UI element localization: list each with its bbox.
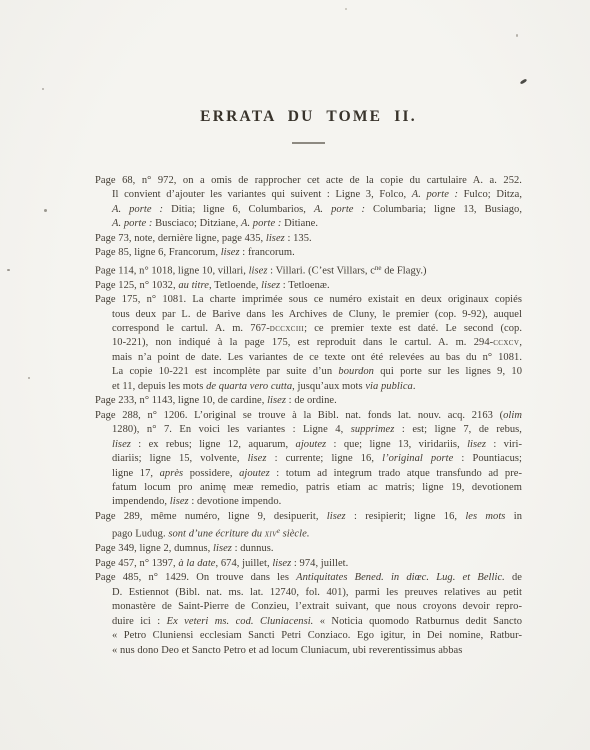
text-segment: . (413, 381, 416, 392)
printed-line: pago Ludug. sont d’une écriture du xive … (112, 524, 522, 542)
errata-entry: Page 457, n° 1397, à la date, 674, juill… (95, 557, 522, 571)
text-segment: Page 233, n° 1143, ligne 10, de cardine, (95, 395, 267, 406)
printed-line: monastère de Saint-Pierre de Conzieu, l’… (112, 600, 522, 614)
printed-line: fatum locum pro animę meæ remedio, patri… (112, 481, 522, 495)
text-segment: au titre (178, 280, 209, 291)
text-segment: ligne 17, (112, 468, 160, 479)
errata-entry: Page 289, même numéro, ligne 9, desipuer… (95, 510, 522, 542)
ink-speck (345, 8, 347, 10)
printed-line: D. Estiennot (Bibl. nat. ms. lat. 12740,… (112, 586, 522, 600)
text-segment: lisez (266, 233, 285, 244)
errata-entry: Page 175, n° 1081. La charte imprimée so… (95, 293, 522, 394)
text-segment: lisez (221, 247, 240, 258)
printed-line: correspond le cartul. A. m. 767-dccxciii… (112, 322, 522, 336)
printed-line: duire ici : Ex veteri ms. cod. Cluniacen… (112, 615, 522, 629)
printed-line: diariis; ligne 15, volvente, lisez : cur… (112, 452, 522, 466)
printed-line: et 11, depuis les mots de quarta vero cu… (112, 380, 522, 394)
text-segment: , (519, 337, 522, 348)
text-segment: A. porte : (412, 189, 458, 200)
printed-line: Page 485, n° 1429. On trouve dans les An… (95, 571, 522, 585)
text-segment: : Pountiacus; (453, 453, 522, 464)
text-segment: ne (375, 264, 382, 272)
text-segment: lisez (272, 558, 291, 569)
text-segment: lisez (112, 439, 131, 450)
text-segment: , 674, juillet, (216, 558, 273, 569)
text-segment: : est; ligne 7, de rebus, (394, 424, 522, 435)
errata-entries: Page 68, n° 972, on a omis de rapprocher… (95, 174, 522, 658)
text-segment: ajoutez (296, 439, 327, 450)
printed-line: La copie 10-221 est incomplète par suite… (112, 365, 522, 379)
text-segment: duire ici : (112, 616, 167, 627)
ink-speck (516, 34, 518, 37)
text-segment: ccxcv (493, 337, 519, 348)
text-segment: , Tetloende, (209, 280, 261, 291)
text-segment: : totum ad integrum trado atque transfun… (270, 468, 522, 479)
text-segment: Il convient d’ajouter les variantes qui … (112, 189, 412, 200)
text-segment: mais n’a point de date. Les variantes de… (112, 352, 522, 363)
text-segment: via publica (365, 381, 413, 392)
text-segment: : devotione impendo. (189, 496, 282, 507)
text-segment: lisez (248, 453, 267, 464)
printed-line: mais n’a point de date. Les variantes de… (112, 351, 522, 365)
printed-line: A. porte : Ditia; ligne 6, Columbarios, … (112, 203, 522, 217)
text-segment: Columbaria; ligne 13, Busiago, (365, 204, 522, 215)
text-segment: « Petro Cluniensi ecclesiam Sancti Petri… (112, 630, 522, 641)
printed-line: ligne 17, après possidere, ajoutez : tot… (112, 467, 522, 481)
text-segment: lisez (467, 439, 486, 450)
text-segment: : Villari. (C’est Villars, c (268, 265, 375, 276)
printed-line: Page 289, même numéro, ligne 9, desipuer… (95, 510, 522, 524)
text-segment: de quarta vero cutta (206, 381, 292, 392)
text-segment: Page 457, n° 1397, (95, 558, 178, 569)
text-segment: in (505, 511, 522, 522)
printed-line: Page 457, n° 1397, à la date, 674, juill… (95, 557, 522, 571)
errata-entry: Page 68, n° 972, on a omis de rapprocher… (95, 174, 522, 232)
page-title: ERRATA DU TOME II. (95, 108, 522, 126)
text-segment: La copie 10-221 est incomplète par suite… (112, 366, 338, 377)
text-segment: et 11, depuis les mots (112, 381, 206, 392)
title-divider-rule (292, 142, 325, 144)
text-segment: ajoutez (239, 468, 270, 479)
text-segment: Page 485, n° 1429. On trouve dans les (95, 572, 296, 583)
text-segment: diariis; ligne 15, volvente, (112, 453, 248, 464)
printed-line: « Petro Cluniensi ecclesiam Sancti Petri… (112, 629, 522, 643)
text-segment: tous deux par L. de Barive dans les Arch… (112, 309, 522, 320)
printed-line: Page 125, n° 1032, au titre, Tetloende, … (95, 279, 522, 293)
printed-line: Page 349, ligne 2, dumnus, lisez : dunnu… (95, 542, 522, 556)
text-segment: Ditiane. (281, 218, 318, 229)
ink-speck (44, 209, 47, 212)
ink-speck (520, 78, 528, 84)
text-segment: 10-221), non indiqué à la page 175, est … (112, 337, 493, 348)
text-segment: l’original porte (382, 453, 453, 464)
text-segment: Busciaco; Ditziane, (152, 218, 241, 229)
text-segment: dccxciii (270, 323, 304, 334)
errata-entry: Page 73, note, dernière ligne, page 435,… (95, 232, 522, 246)
text-segment: lisez (261, 280, 280, 291)
text-segment: Antiquitates Bened. in diœc. Lug. et Bel… (296, 572, 505, 583)
printed-line: impendendo, lisez : devotione impendo. (112, 495, 522, 509)
printed-line: tous deux par L. de Barive dans les Arch… (112, 308, 522, 322)
printed-line: 1280), n° 7. En voici les variantes : Li… (112, 423, 522, 437)
printed-line: Page 68, n° 972, on a omis de rapprocher… (95, 174, 522, 188)
text-segment: « nus dono Deo et Sancto Petro et ad loc… (112, 645, 462, 656)
text-segment: : 974, juillet. (291, 558, 348, 569)
text-segment: olim (503, 410, 522, 421)
printed-line: Page 288, n° 1206. L’original se trouve … (95, 409, 522, 423)
text-segment: Page 85, ligne 6, Francorum, (95, 247, 221, 258)
text-segment: A. porte : (112, 204, 163, 215)
text-segment: qui porte sur les lignes 9, 10 (374, 366, 522, 377)
errata-entry: Page 114, n° 1018, ligne 10, villari, li… (95, 261, 522, 279)
text-segment: lisez (249, 265, 268, 276)
text-segment: : que; ligne 13, viridariis, (326, 439, 467, 450)
printed-line: « nus dono Deo et Sancto Petro et ad loc… (112, 644, 522, 658)
text-segment: : de ordine. (286, 395, 337, 406)
text-segment: Page 289, même numéro, ligne 9, desipuer… (95, 511, 327, 522)
text-segment: après (160, 468, 184, 479)
printed-line: Page 175, n° 1081. La charte imprimée so… (95, 293, 522, 307)
text-segment: Page 73, note, dernière ligne, page 435, (95, 233, 266, 244)
text-segment: , jusqu’aux mots (292, 381, 365, 392)
text-segment: Page 288, n° 1206. L’original se trouve … (95, 410, 503, 421)
text-segment: bourdon (338, 366, 374, 377)
text-segment: de (505, 572, 522, 583)
text-segment: Page 125, n° 1032, (95, 280, 178, 291)
ink-speck (28, 377, 30, 379)
text-segment: D. Estiennot (Bibl. nat. ms. lat. 12740,… (112, 587, 522, 598)
text-segment: les mots (465, 511, 505, 522)
text-segment: : Tetloenæ. (280, 280, 330, 291)
text-block: ERRATA DU TOME II. Page 68, n° 972, on a… (95, 108, 522, 658)
text-segment: : ex rebus; ligne 12, aquarum, (131, 439, 296, 450)
text-segment: A. porte : (314, 204, 365, 215)
text-segment: « Noticia quomodo Ratburnus dedit Sancto (313, 616, 522, 627)
text-segment: Fulco; Ditza, (458, 189, 522, 200)
text-segment: supprimez (351, 424, 395, 435)
printed-line: Il convient d’ajouter les variantes qui … (112, 188, 522, 202)
text-segment: lisez (267, 395, 286, 406)
printed-line: Page 114, n° 1018, ligne 10, villari, li… (95, 261, 522, 279)
text-segment: : viri- (486, 439, 522, 450)
text-segment: : currente; ligne 16, (267, 453, 383, 464)
scanned-book-page: ERRATA DU TOME II. Page 68, n° 972, on a… (0, 0, 590, 750)
printed-line: Page 233, n° 1143, ligne 10, de cardine,… (95, 394, 522, 408)
errata-entry: Page 288, n° 1206. L’original se trouve … (95, 409, 522, 510)
text-segment: Page 175, n° 1081. La charte imprimée so… (95, 294, 522, 305)
text-segment: A. porte : (112, 218, 152, 229)
text-segment: xiv (265, 529, 277, 540)
text-segment: de Flagy.) (382, 265, 427, 276)
errata-entry: Page 349, ligne 2, dumnus, lisez : dunnu… (95, 542, 522, 556)
text-segment: : francorum. (240, 247, 295, 258)
text-segment: Page 114, n° 1018, ligne 10, villari, (95, 265, 249, 276)
printed-line: Page 73, note, dernière ligne, page 435,… (95, 232, 522, 246)
text-segment: lisez (327, 511, 346, 522)
text-segment: correspond le cartul. A. m. 767- (112, 323, 270, 334)
text-segment: : dunnus. (232, 543, 274, 554)
text-segment: : resipierit; ligne 16, (346, 511, 466, 522)
text-segment: Page 68, n° 972, on a omis de rapprocher… (95, 175, 522, 186)
text-segment: pago Ludug. (112, 529, 168, 540)
ink-speck (42, 88, 44, 90)
text-segment: lisez (213, 543, 232, 554)
printed-line: A. porte : Busciaco; Ditziane, A. porte … (112, 217, 522, 231)
text-segment: A. porte : (241, 218, 281, 229)
text-segment: à la date (178, 558, 215, 569)
text-segment: Ex veteri ms. cod. Cluniacensi. (167, 616, 314, 627)
text-segment: Page 349, ligne 2, dumnus, (95, 543, 213, 554)
text-segment: ; ce premier texte est daté. Le second (… (304, 323, 522, 334)
text-segment: sont d’une écriture du (168, 529, 264, 540)
printed-line: Page 85, ligne 6, Francorum, lisez : fra… (95, 246, 522, 260)
text-segment: lisez (170, 496, 189, 507)
text-segment: impendendo, (112, 496, 170, 507)
errata-entry: Page 485, n° 1429. On trouve dans les An… (95, 571, 522, 658)
text-segment: 1280), n° 7. En voici les variantes : Li… (112, 424, 351, 435)
errata-entry: Page 85, ligne 6, Francorum, lisez : fra… (95, 246, 522, 260)
errata-entry: Page 233, n° 1143, ligne 10, de cardine,… (95, 394, 522, 408)
text-segment: siècle. (280, 529, 310, 540)
ink-speck (7, 269, 10, 271)
text-segment: Ditia; ligne 6, Columbarios, (163, 204, 314, 215)
printed-line: lisez : ex rebus; ligne 12, aquarum, ajo… (112, 438, 522, 452)
text-segment: monastère de Saint-Pierre de Conzieu, l’… (112, 601, 522, 612)
text-segment: fatum locum pro animę meæ remedio, patri… (112, 482, 522, 493)
text-segment: possidere, (183, 468, 239, 479)
errata-entry: Page 125, n° 1032, au titre, Tetloende, … (95, 279, 522, 293)
printed-line: 10-221), non indiqué à la page 175, est … (112, 336, 522, 350)
text-segment: : 135. (285, 233, 312, 244)
